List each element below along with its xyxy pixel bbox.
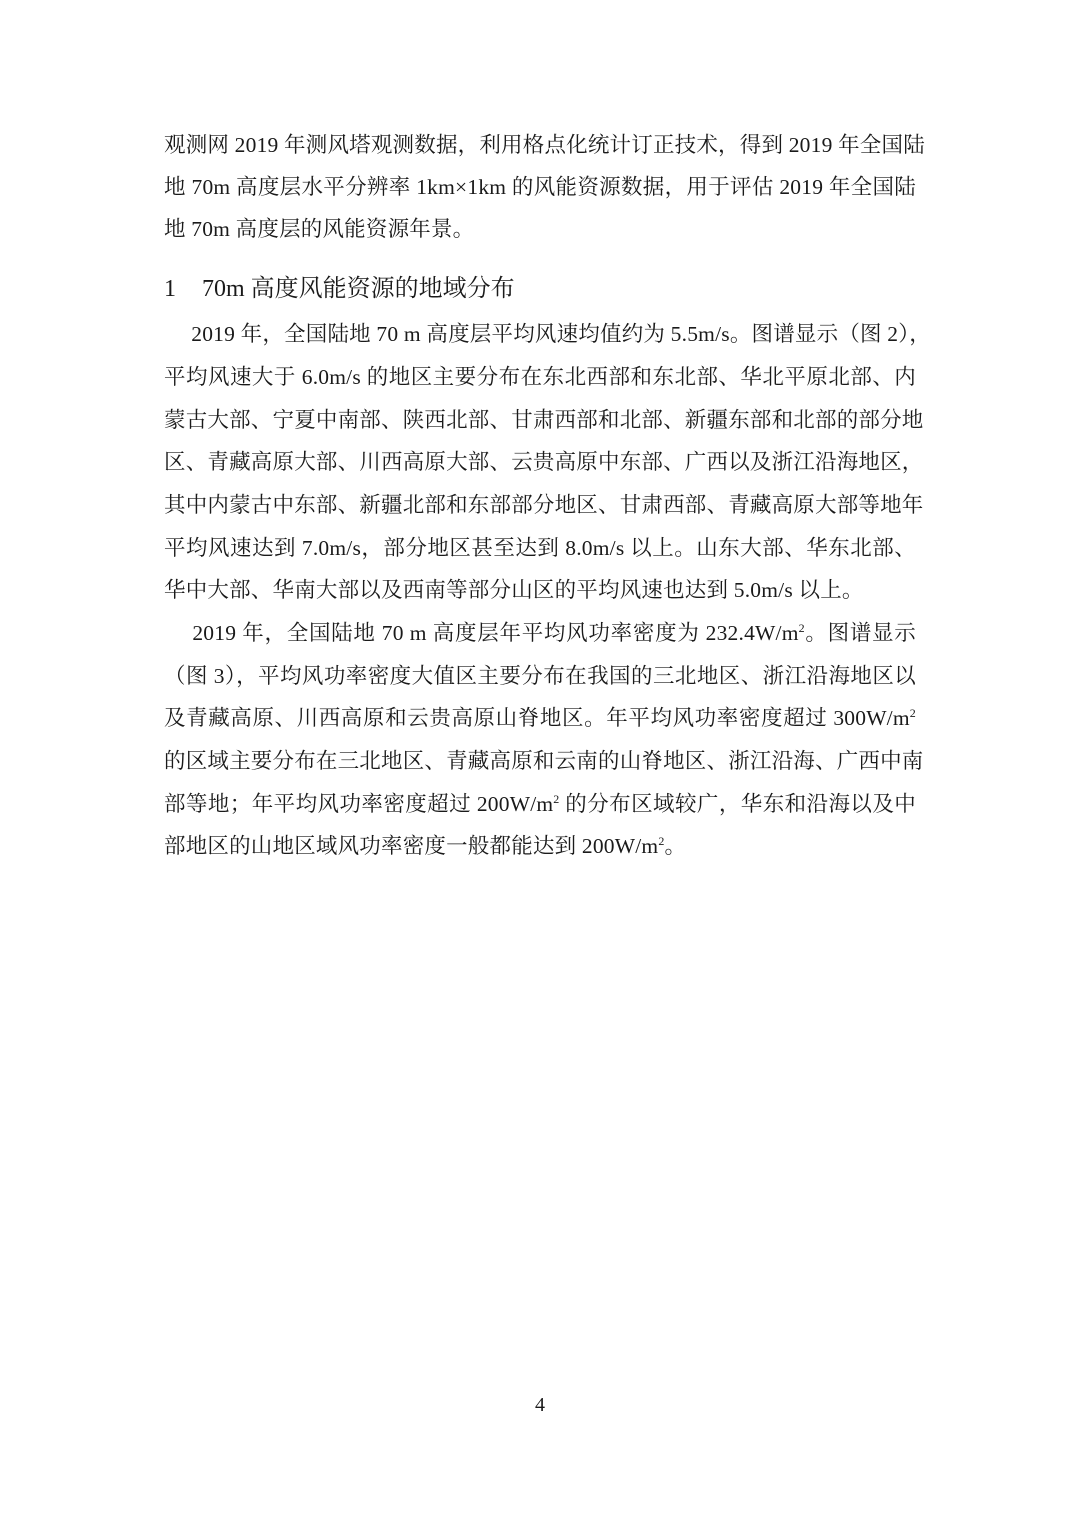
text: 及青藏高原、川西高原和云贵高原山脊地区。年平均风功率密度超过 300W/m	[164, 706, 910, 730]
text: 。	[665, 834, 687, 858]
document-page: 观测网 2019 年测风塔观测数据，利用格点化统计订正技术，得到 2019 年全…	[0, 0, 1080, 1527]
paragraph2-line: 及青藏高原、川西高原和云贵高原山脊地区。年平均风功率密度超过 300W/m2	[164, 703, 916, 733]
paragraph1-line: 平均风速达到 7.0m/s，部分地区甚至达到 8.0m/s 以上。山东大部、华东…	[164, 533, 916, 563]
text: 2019 年，全国陆地 70 m 高度层年平均风功率密度为 232.4W/m	[164, 621, 799, 645]
paragraph2-line: （图 3），平均风功率密度大值区主要分布在我国的三北地区、浙江沿海地区以	[164, 661, 916, 691]
intro-line: 观测网 2019 年测风塔观测数据，利用格点化统计订正技术，得到 2019 年全…	[164, 130, 916, 160]
text: 的分布区域较广，华东和沿海以及中	[560, 792, 917, 816]
text: （图 3），平均风功率密度大值区主要分布在我国的三北地区、浙江沿海地区以	[164, 664, 916, 688]
section-heading: 170m 高度风能资源的地域分布	[164, 273, 515, 305]
paragraph1-line: 2019 年，全国陆地 70 m 高度层平均风速均值约为 5.5m/s。图谱显示…	[164, 319, 916, 349]
text: 。图谱显示	[805, 621, 916, 645]
section-title: 70m 高度风能资源的地域分布	[202, 276, 515, 302]
paragraph2-line: 部地区的山地区域风功率密度一般都能达到 200W/m2。	[164, 831, 916, 861]
text: 部地区的山地区域风功率密度一般都能达到 200W/m	[164, 834, 658, 858]
text: 部等地；年平均风功率密度超过 200W/m	[164, 792, 553, 816]
paragraph1-line: 华中大部、华南大部以及西南等部分山区的平均风速也达到 5.0m/s 以上。	[164, 575, 916, 605]
paragraph1-line: 其中内蒙古中东部、新疆北部和东部部分地区、甘肃西部、青藏高原大部等地年	[164, 490, 916, 520]
text: 的区域主要分布在三北地区、青藏高原和云南的山脊地区、浙江沿海、广西中南	[164, 749, 924, 773]
paragraph1-line: 平均风速大于 6.0m/s 的地区主要分布在东北西部和东北部、华北平原北部、内	[164, 362, 916, 392]
paragraph1-line: 区、青藏高原大部、川西高原大部、云贵高原中东部、广西以及浙江沿海地区，	[164, 447, 916, 477]
paragraph2-line: 2019 年，全国陆地 70 m 高度层年平均风功率密度为 232.4W/m2。…	[164, 618, 916, 648]
intro-line: 地 70m 高度层的风能资源年景。	[164, 214, 916, 244]
page-number: 4	[0, 1394, 1080, 1417]
paragraph2-line: 的区域主要分布在三北地区、青藏高原和云南的山脊地区、浙江沿海、广西中南	[164, 746, 916, 776]
paragraph2-line: 部等地；年平均风功率密度超过 200W/m2 的分布区域较广，华东和沿海以及中	[164, 789, 916, 819]
section-number: 1	[164, 273, 202, 305]
paragraph1-line: 蒙古大部、宁夏中南部、陕西北部、甘肃西部和北部、新疆东部和北部的部分地	[164, 405, 916, 435]
intro-line: 地 70m 高度层水平分辨率 1km×1km 的风能资源数据，用于评估 2019…	[164, 172, 916, 202]
superscript: 2	[910, 706, 916, 720]
